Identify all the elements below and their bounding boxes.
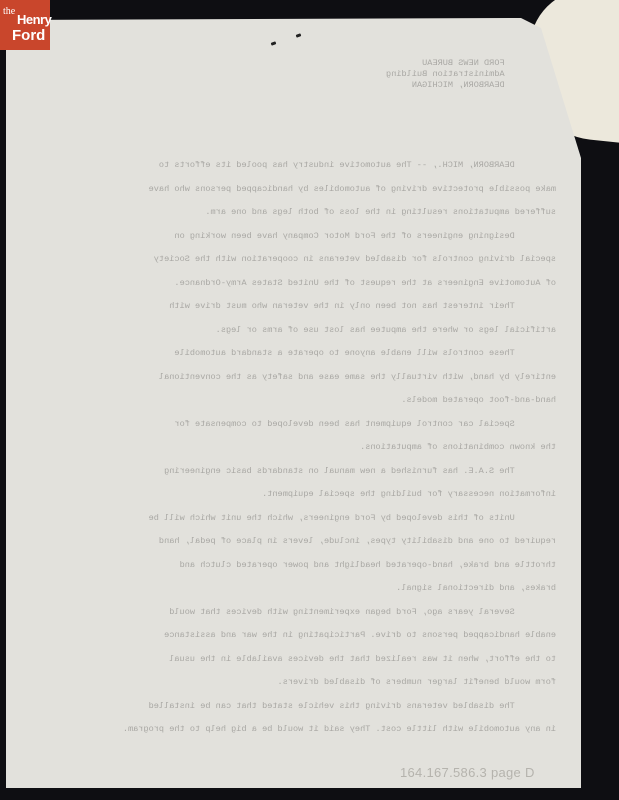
body-line: DEARBORN, MICH., -- The automotive indus… <box>46 160 556 170</box>
body-line: information necessary for building the s… <box>46 489 556 499</box>
logo-the: the <box>3 6 15 17</box>
letterhead-line: FORD NEWS BUREAU <box>386 58 505 69</box>
body-line: Special car control equipment has been d… <box>46 419 556 429</box>
body-line: Several years ago, Ford began experiment… <box>46 607 556 617</box>
body-line: make possible protective driving of auto… <box>46 184 556 194</box>
body-line: throttle and brake, hand-operated headli… <box>46 560 556 570</box>
henry-ford-logo: the Henry Ford <box>0 0 50 50</box>
body-line: Their interest has not been only in the … <box>46 301 556 311</box>
body-line: enable handicapped persons to drive. Par… <box>46 630 556 640</box>
logo-ford: Ford <box>12 27 45 44</box>
body-line: The S.A.E. has furnished a new manual on… <box>46 466 556 476</box>
body-line: suffered amputations resulting in the lo… <box>46 207 556 217</box>
body-line: entirely by hand, with virtually the sam… <box>46 372 556 382</box>
letterhead-line: DEARBORN, MICHIGAN <box>386 80 505 91</box>
body-line: The disabled veterans driving this vehic… <box>46 701 556 711</box>
logo-henry: Henry <box>17 12 51 27</box>
document-page: FORD NEWS BUREAUAdministration BuildingD… <box>6 18 581 788</box>
letterhead: FORD NEWS BUREAUAdministration BuildingD… <box>386 58 505 91</box>
body-line: the known combinations of amputations. <box>46 442 556 452</box>
body-line: required to one and disability types, in… <box>46 536 556 546</box>
staple-hole-icon <box>271 41 277 46</box>
body-line: Units of this developed by Ford engineer… <box>46 513 556 523</box>
body-line: form would benefit larger numbers of dis… <box>46 677 556 687</box>
body-line: to the effort, when it was realized that… <box>46 654 556 664</box>
staple-hole-icon <box>296 33 302 38</box>
body-line: special driving controls for disabled ve… <box>46 254 556 264</box>
catalog-annotation: 164.167.586.3 page D <box>400 765 535 780</box>
letterhead-line: Administration Building <box>386 69 505 80</box>
body-line: in any automobile with little cost. They… <box>46 724 556 734</box>
body-line: Designing engineers of the Ford Motor Co… <box>46 231 556 241</box>
body-line: of Automotive Engineers at the request o… <box>46 278 556 288</box>
body-line: hand-and-foot operated models. <box>46 395 556 405</box>
body-line: brakes, and directional signal. <box>46 583 556 593</box>
body-line: artificial legs or where the amputee has… <box>46 325 556 335</box>
body-line: These controls will enable anyone to ope… <box>46 348 556 358</box>
